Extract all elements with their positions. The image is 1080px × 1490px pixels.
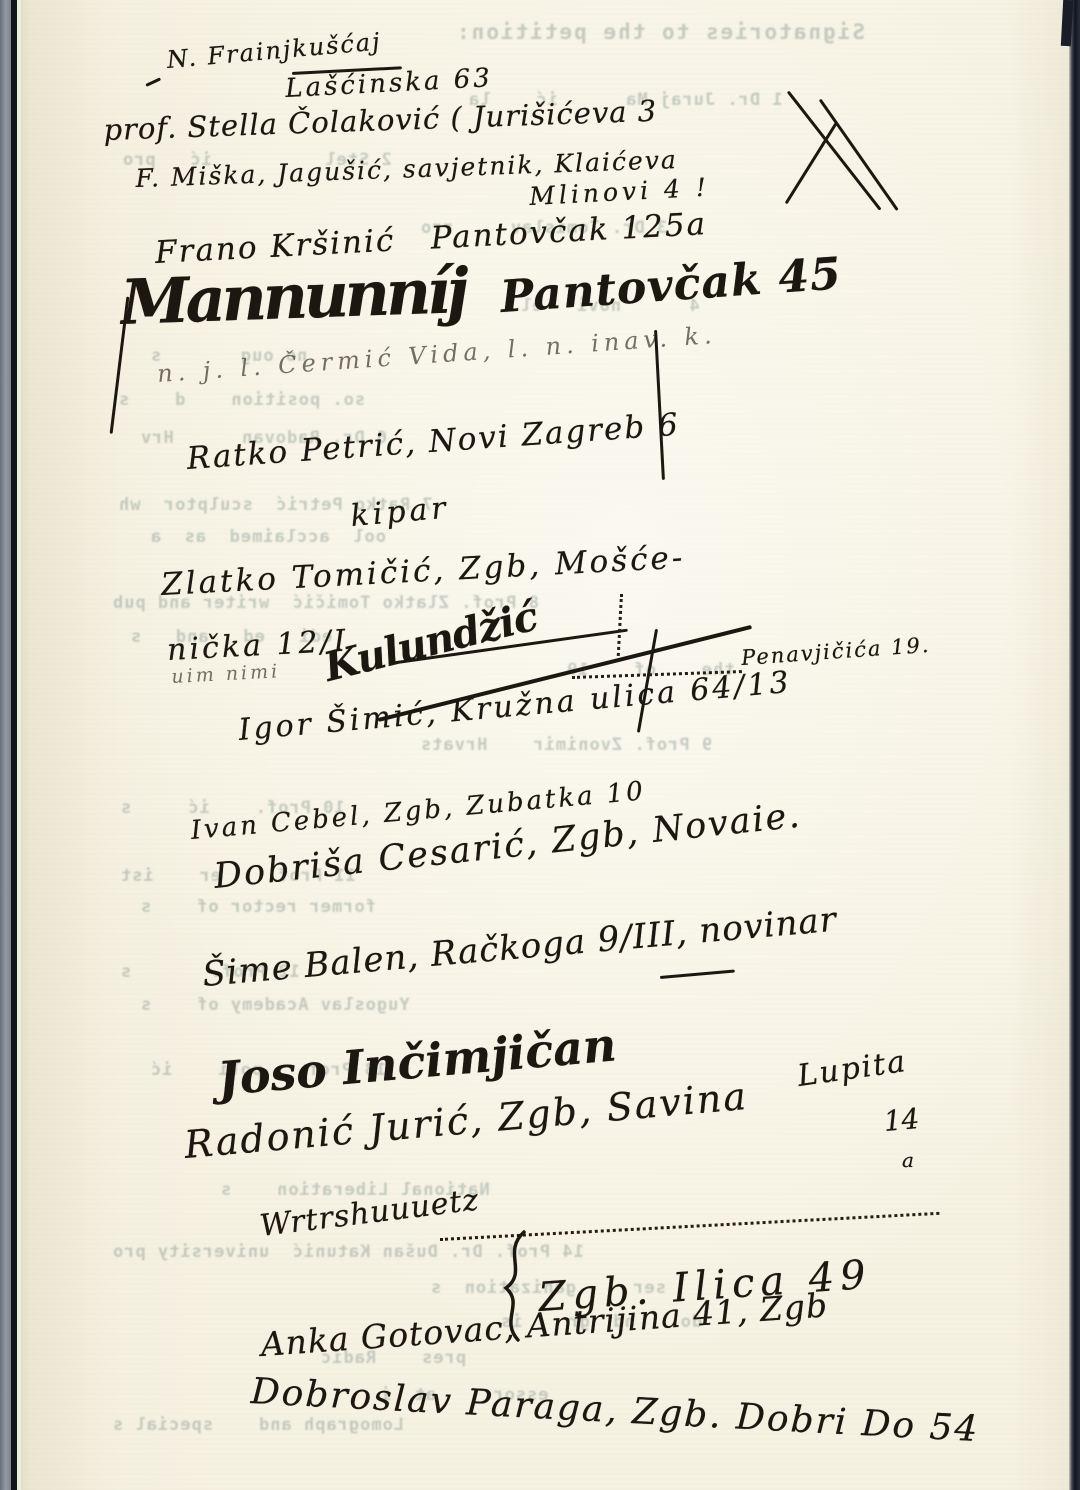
ink-brace-stroke bbox=[490, 1230, 540, 1342]
ink-stroke-backslash-2 bbox=[819, 99, 899, 211]
signature-letter-a: a bbox=[902, 1150, 914, 1170]
ink-stroke-tick bbox=[145, 77, 161, 86]
page-edge-highlight bbox=[17, 0, 21, 1490]
bleedthrough-text-line: so. position d s bbox=[118, 392, 365, 409]
signature-dobroslav-paraga: Dobroslav Paraga, Zgb. Dobri Do 54 bbox=[250, 1374, 980, 1448]
ink-stroke-slash bbox=[785, 122, 838, 204]
signature-stella-colakovic: prof. Stella Čolaković ( Jurišićeva 3 bbox=[103, 97, 658, 145]
bleedthrough-text-line: Signatories to the petition: bbox=[455, 22, 865, 43]
scan-edge-right bbox=[1069, 0, 1080, 1490]
ink-dotted-vertical bbox=[617, 594, 623, 656]
ink-stroke-descender-left bbox=[110, 297, 130, 434]
bleedthrough-text-line: 9 Prof. Zvonimir Hrvats bbox=[420, 737, 712, 754]
bleedthrough-text-line: ool acclaimed as a bbox=[150, 529, 386, 546]
signature-address-19: Penavjičića 19. bbox=[741, 635, 932, 669]
signature-pantovcak-45: Pantovčak 45 bbox=[499, 252, 843, 320]
signature-ratko-petric: Ratko Petrić, Novi Zagreb 6 bbox=[186, 410, 681, 475]
signature-scrawl-2-right: Lupita bbox=[796, 1047, 909, 1092]
bleedthrough-text-line: Lomograph and special s bbox=[112, 1417, 404, 1434]
ink-stroke-backslash-1 bbox=[787, 91, 882, 211]
signature-line-5-address: Mlinovi 4 ! bbox=[529, 175, 711, 209]
signature-number-14: 14 bbox=[883, 1105, 921, 1136]
ink-stroke-bar bbox=[660, 969, 735, 979]
signature-scrawl-large: Mannunníj bbox=[120, 260, 466, 334]
bleedthrough-text-line: Yugoslav Academy of s bbox=[140, 997, 410, 1014]
signature-line-1: N. Frainjkušćaj bbox=[166, 29, 383, 72]
signature-small-words: uim nimi bbox=[171, 662, 281, 687]
signature-kipar-label: kipar bbox=[349, 493, 450, 532]
scanned-page: Signatories to the petition: 1 Dr. Juraj… bbox=[0, 0, 1080, 1490]
bleedthrough-text-line: former rector of s bbox=[140, 899, 376, 916]
